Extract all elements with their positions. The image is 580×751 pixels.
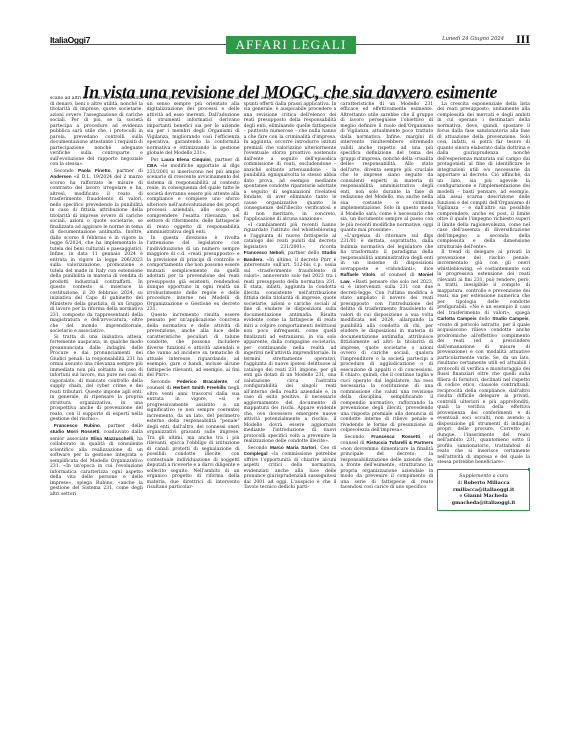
- article-paragraph: mente auspicabili, anche in base agli sp…: [244, 96, 337, 223]
- article-paragraph: Secondo Marco Maria Sartori, Ceo di Comp…: [244, 445, 337, 491]
- article-paragraph: scano ad altri la titolarità o disponibi…: [50, 96, 143, 168]
- article-paragraph: Si tratta di una iniziativa attesa, fort…: [50, 335, 143, 423]
- article-paragraph: Francesco Rubino, partner dello studio M…: [50, 423, 143, 498]
- masthead: ItaliaOggi7 AFFARI LEGALI Lunedì 24 Giug…: [50, 30, 530, 60]
- quoted-source-name: Ristuccia Tufarelli & Partners: [366, 440, 433, 445]
- article-column-3: mente auspicabili, anche in base agli sp…: [244, 96, 337, 746]
- article-paragraph: «L'urgenza di ritornare sul dlgs 231/01 …: [340, 234, 433, 434]
- quoted-source-name: Andersen: [50, 174, 72, 179]
- quoted-source-name: Paola Finetto: [78, 168, 110, 173]
- article-paragraph: Questo incremento risulta essere pensato…: [147, 313, 240, 379]
- editor-2-email[interactable]: gmacheda@italiaoggi.it: [440, 500, 527, 506]
- quoted-source-name: Raffaele Vitolo: [340, 272, 375, 277]
- quoted-source-name: Francesco Neboli: [244, 250, 284, 255]
- article-column-5: onere sociale.La crescita esponenziale d…: [437, 96, 530, 746]
- article-paragraph: ri di compliance, dovrebbe evolversi in …: [147, 96, 240, 157]
- editor-2-name: Gianni Macheda: [464, 493, 508, 499]
- article-paragraph: In questa direzione è rivolta l'attenzio…: [147, 236, 240, 313]
- article-paragraph: Secondo Federico Bracalente, of counsel …: [147, 379, 240, 491]
- issue-date: Lunedì 24 Giugno 2024: [442, 36, 504, 42]
- page-number: III: [516, 32, 530, 47]
- article-body: scano ad altri la titolarità o disponibi…: [50, 96, 530, 746]
- box-corner-mark: [528, 468, 530, 471]
- quoted-source-name: Francesca Rossetti: [371, 434, 420, 439]
- article-paragraph: La crescita esponenziale della lista dei…: [437, 102, 530, 251]
- article-paragraph: Per Laura Elena Cinquini, partner di CBA…: [147, 157, 240, 236]
- article-paragraph: Secondo Francesca Rossetti, of counsel d…: [340, 434, 433, 491]
- article-column-2: ri di compliance, dovrebbe evolversi in …: [147, 96, 240, 746]
- editor-prefix: e: [459, 494, 462, 499]
- header-rule-right: [356, 44, 530, 45]
- quoted-source-name: Francesco Rubino: [54, 423, 100, 428]
- article-column-4: colare attenzione alla definizione delle…: [340, 96, 433, 746]
- quoted-source-name: Studio Campeis: [492, 316, 528, 321]
- editor-1-name: Roberto Miliacca: [464, 480, 510, 486]
- editor-prefix: di: [457, 481, 462, 486]
- quoted-source-name: Elisa Mazzucchelli: [91, 436, 133, 441]
- header-rule-left: [50, 44, 226, 45]
- article-paragraph: Secondo Paola Finetto, partner di Anders…: [50, 168, 143, 335]
- quoted-source-name: Marco Maria Sartori: [270, 445, 316, 450]
- quoted-source-name: studio Morri Rossetti: [50, 429, 99, 434]
- quoted-source-name: Herbert Smith Freehills: [173, 385, 226, 390]
- newspaper-page: ItaliaOggi7 AFFARI LEGALI Lunedì 24 Giug…: [50, 0, 530, 751]
- quoted-source-name: CBA: [147, 163, 157, 168]
- section-badge: AFFARI LEGALI: [226, 36, 356, 54]
- article-column-1: scano ad altri la titolarità o disponibi…: [50, 96, 143, 746]
- article-paragraph: Il trend di delegare ai privati la preve…: [437, 250, 530, 466]
- quoted-source-name: Federico Bracalente: [177, 379, 227, 384]
- article-paragraph: «I cambiamenti più recenti hanno riguard…: [244, 223, 337, 445]
- quoted-source-name: Laura Elena Cinquini: [161, 157, 210, 162]
- article-paragraph: colare attenzione alla definizione delle…: [340, 96, 433, 234]
- quoted-source-name: Complegal: [244, 451, 268, 456]
- quoted-source-name: Carlotta Campeis: [437, 316, 476, 321]
- supplement-credits-box: Supplemento a cura di Roberto Miliacca r…: [437, 469, 530, 511]
